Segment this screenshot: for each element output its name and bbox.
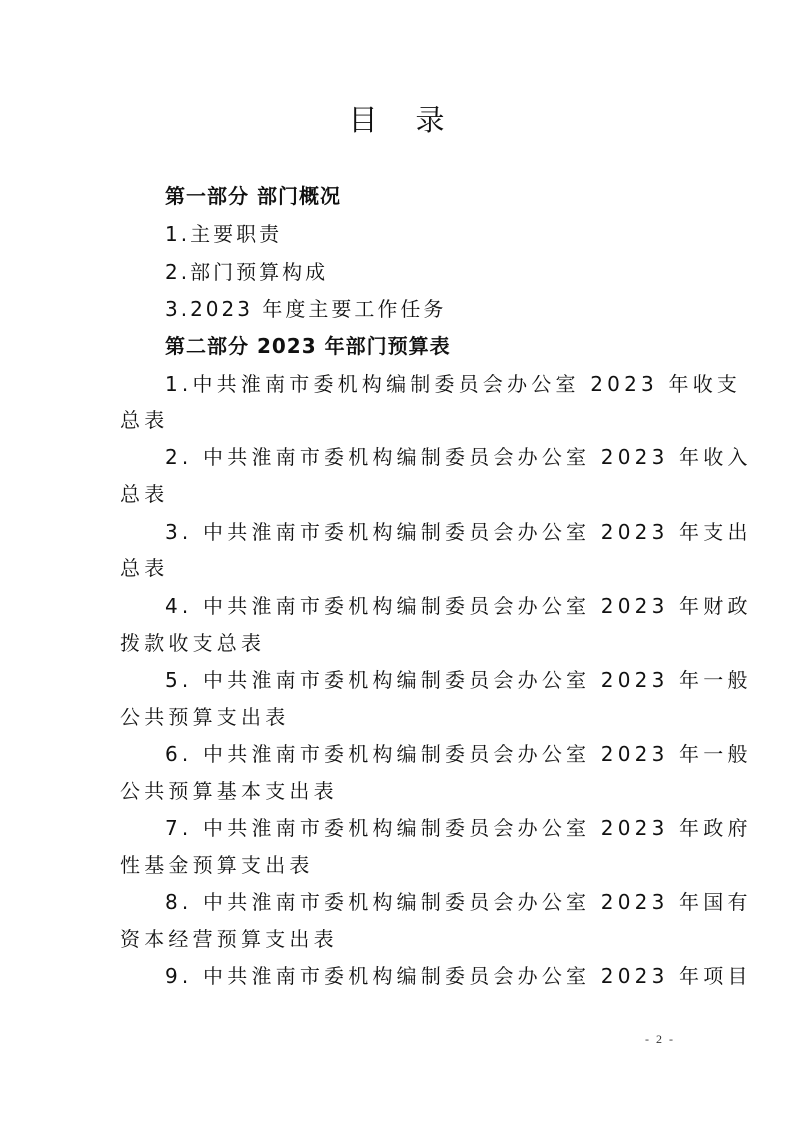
toc-item-cont: 总表 [120,478,168,507]
toc-item: 7. 中共淮南市委机构编制委员会办公室 2023 年政府 [165,812,752,841]
toc-item-cont: 拨款收支总表 [120,627,265,656]
toc-item: 1.主要职责 [165,218,282,247]
toc-item: 9. 中共淮南市委机构编制委员会办公室 2023 年项目 [165,960,752,989]
toc-item: 3.2023 年度主要工作任务 [165,293,446,322]
part1-heading: 第一部分 部门概况 [165,180,341,209]
toc-item: 8. 中共淮南市委机构编制委员会办公室 2023 年国有 [165,886,752,915]
toc-item-cont: 总表 [120,404,168,433]
toc-item-cont: 资本经营预算支出表 [120,923,338,952]
toc-item: 3. 中共淮南市委机构编制委员会办公室 2023 年支出 [165,516,752,545]
toc-item-cont: 性基金预算支出表 [120,849,314,878]
toc-item: 1.中共淮南市委机构编制委员会办公室 2023 年收支 [165,368,741,397]
page-title: 目录 [0,98,793,139]
toc-item-cont: 公共预算支出表 [120,701,289,730]
toc-item: 2. 中共淮南市委机构编制委员会办公室 2023 年收入 [165,441,752,470]
toc-item: 5. 中共淮南市委机构编制委员会办公室 2023 年一般 [165,664,752,693]
page-number: - 2 - [645,1032,675,1047]
part2-heading: 第二部分 2023 年部门预算表 [165,330,451,359]
toc-item: 4. 中共淮南市委机构编制委员会办公室 2023 年财政 [165,590,752,619]
toc-item: 2.部门预算构成 [165,256,328,285]
toc-item-cont: 公共预算基本支出表 [120,775,338,804]
toc-item-cont: 总表 [120,552,168,581]
toc-item: 6. 中共淮南市委机构编制委员会办公室 2023 年一般 [165,738,752,767]
